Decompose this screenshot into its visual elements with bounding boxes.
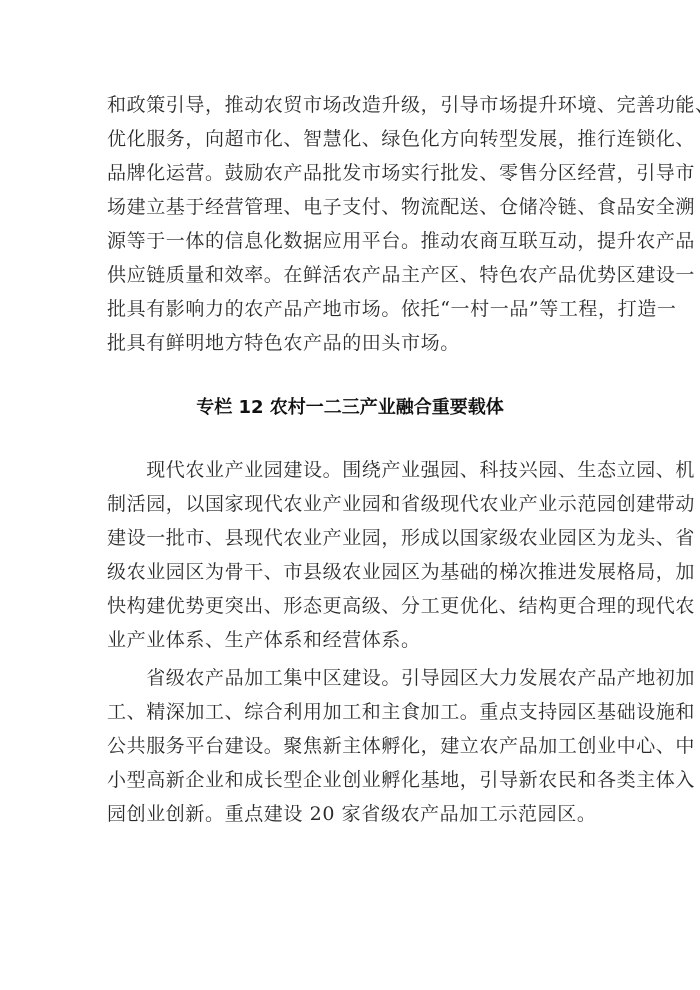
paragraph2-line-5: 快构建优势更突出、形态更高级、分工更优化、结构更合理的现代农: [107, 595, 597, 617]
paragraph1-line-6: 供应链质量和效率。在鲜活农产品主产区、特色农产品优势区建设一: [107, 264, 597, 286]
paragraph3-line-5: 园创业创新。重点建设 20 家省级农产品加工示范园区。: [107, 803, 597, 825]
paragraph1-line-3: 品牌化运营。鼓励农产品批发市场实行批发、零售分区经营，引导市: [107, 162, 597, 184]
paragraph1-line-2: 优化服务，向超市化、智慧化、绿色化方向转型发展，推行连锁化、: [107, 128, 597, 150]
paragraph1-line-5: 源等于一体的信息化数据应用平台。推动农商互联互动，提升农产品: [107, 230, 597, 252]
paragraph3-line-4: 小型高新企业和成长型企业创业孵化基地，引导新农民和各类主体入: [107, 769, 597, 791]
paragraph2-line-1: 现代农业产业园建设。围绕产业强园、科技兴园、生态立园、机: [107, 459, 597, 481]
paragraph2-line-3: 建设一批市、县现代农业产业园，形成以国家级农业园区为龙头、省: [107, 527, 597, 549]
paragraph3-line-2: 工、精深加工、综合利用加工和主食加工。重点支持园区基础设施和: [107, 701, 597, 723]
paragraph2-line-4: 级农业园区为骨干、市县级农业园区为基础的梯次推进发展格局，加: [107, 561, 597, 583]
paragraph3-line-1: 省级农产品加工集中区建设。引导园区大力发展农产品产地初加: [107, 667, 597, 689]
document-page: 和政策引导，推动农贸市场改造升级，引导市场提升环境、完善功能、 优化服务，向超市…: [0, 0, 700, 990]
paragraph1-line-7: 批具有影响力的农产品产地市场。依托“一村一品”等工程，打造一: [107, 298, 597, 320]
paragraph3-line-3: 公共服务平台建设。聚焦新主体孵化，建立农产品加工创业中心、中: [107, 735, 597, 757]
column-box-title: 专栏 12 农村一二三产业融合重要载体: [0, 397, 700, 419]
paragraph1-line-4: 场建立基于经营管理、电子支付、物流配送、仓储冷链、食品安全溯: [107, 196, 597, 218]
paragraph1-line-1: 和政策引导，推动农贸市场改造升级，引导市场提升环境、完善功能、: [107, 94, 597, 116]
paragraph2-line-6: 业产业体系、生产体系和经营体系。: [107, 629, 597, 651]
paragraph1-line-8: 批具有鲜明地方特色农产品的田头市场。: [107, 332, 597, 354]
paragraph2-line-2: 制活园，以国家现代农业产业园和省级现代农业产业示范园创建带动: [107, 493, 597, 515]
